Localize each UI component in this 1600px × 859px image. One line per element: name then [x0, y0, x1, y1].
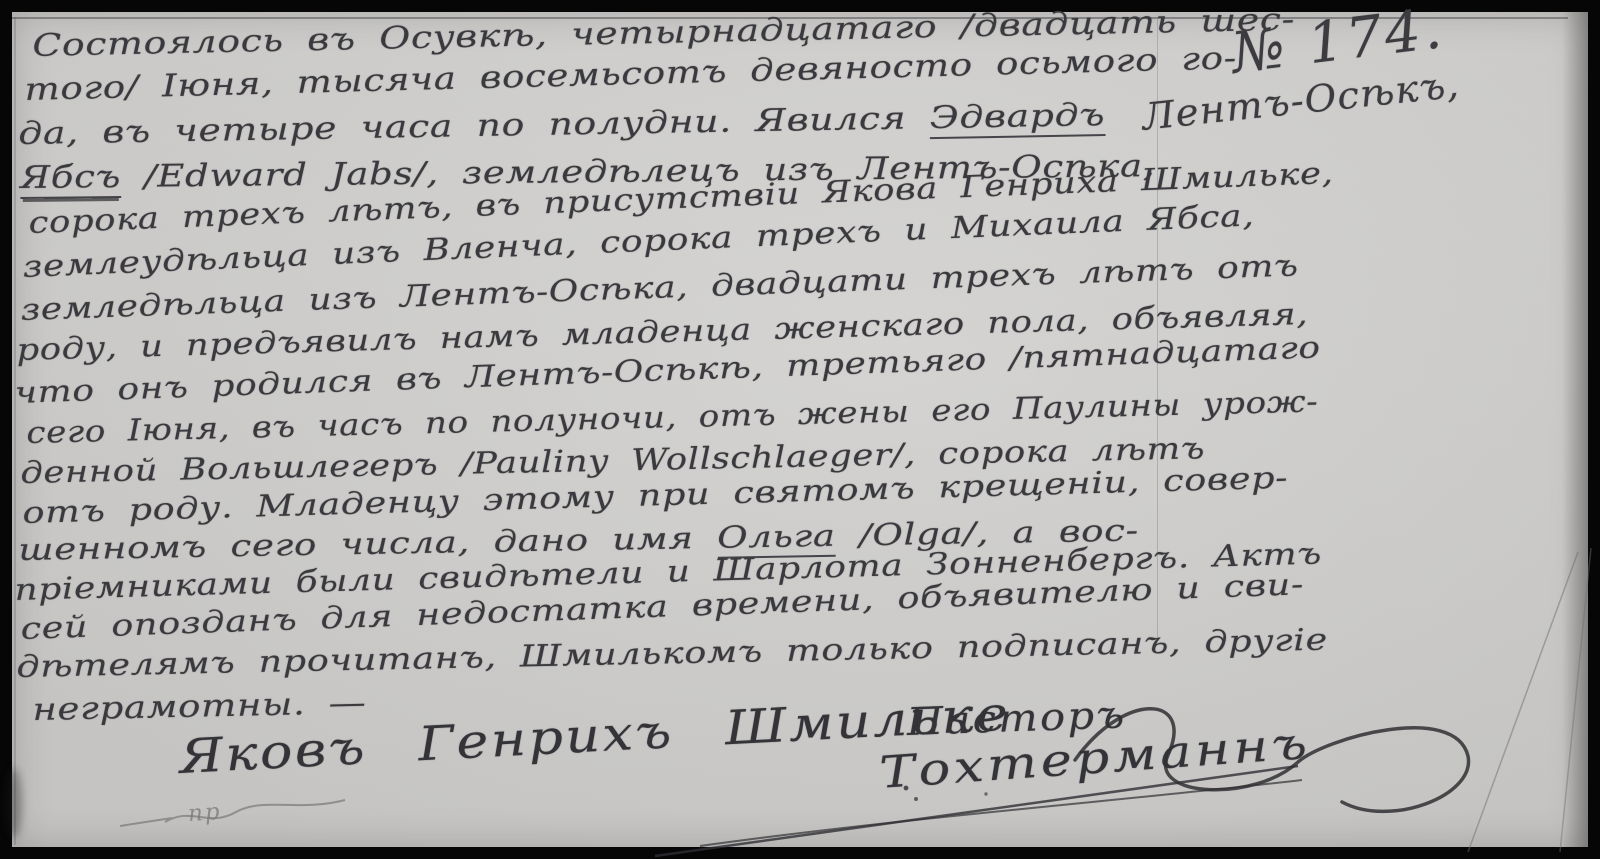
line-text: да, въ четыре часа по полудни. Явился	[18, 100, 930, 152]
line-text: неграмотны. —	[32, 685, 367, 728]
manuscript-line: да, въ четыре часа по полудни. Явился Эд…	[18, 97, 1105, 152]
underlined-name: Эдвардъ	[930, 97, 1106, 139]
underlined-name: Ябсъ	[20, 159, 121, 199]
manuscript-line: неграмотны. —	[32, 685, 367, 728]
pencil-mark: пр	[187, 799, 222, 827]
